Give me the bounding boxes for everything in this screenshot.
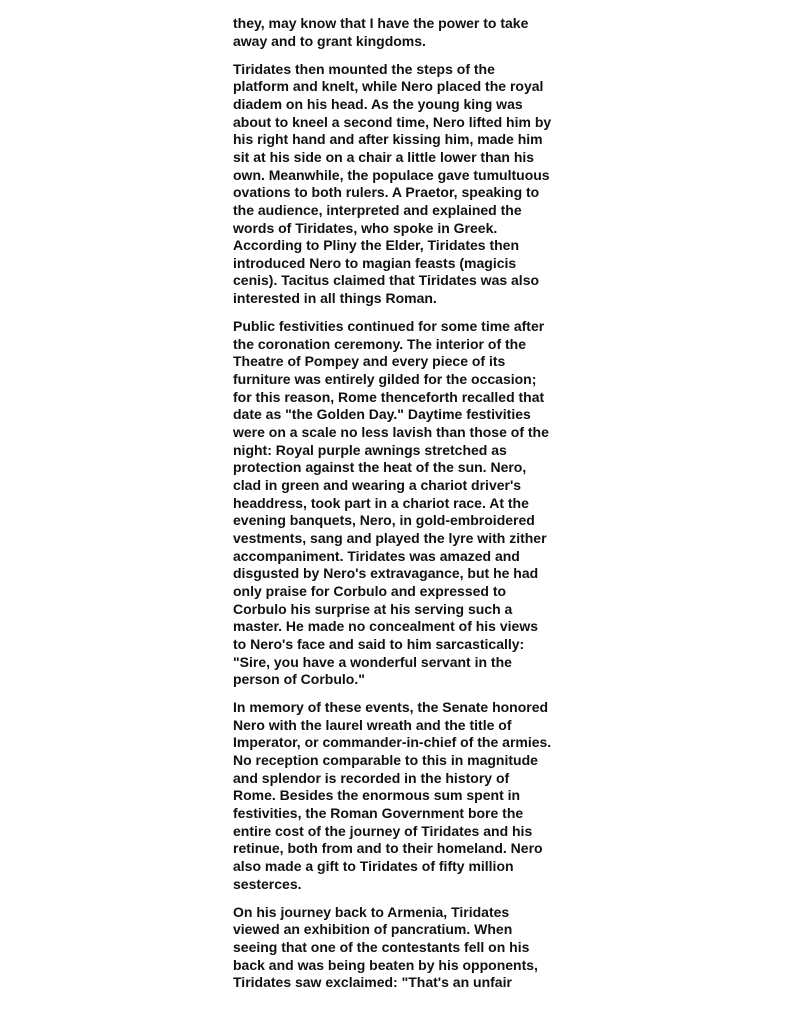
text-line: interested in all things Roman. [233, 290, 563, 308]
text-line: viewed an exhibition of pancratium. When [233, 921, 563, 939]
text-line: night: Royal purple awnings stretched as [233, 442, 563, 460]
text-line: and splendor is recorded in the history … [233, 770, 563, 788]
text-line: Imperator, or commander-in-chief of the … [233, 734, 563, 752]
text-line: retinue, both from and to their homeland… [233, 840, 563, 858]
text-line: According to Pliny the Elder, Tiridates … [233, 237, 563, 255]
text-line: his right hand and after kissing him, ma… [233, 131, 563, 149]
text-line: furniture was entirely gilded for the oc… [233, 371, 563, 389]
text-line: clad in green and wearing a chariot driv… [233, 477, 563, 495]
paragraph-5: On his journey back to Armenia, Tiridate… [233, 904, 563, 992]
text-line: away and to grant kingdoms. [233, 33, 563, 51]
text-line: "Sire, you have a wonderful servant in t… [233, 654, 563, 672]
document-body: they, may know that I have the power to … [233, 15, 563, 1002]
text-line: ovations to both rulers. A Praetor, spea… [233, 184, 563, 202]
text-line: diadem on his head. As the young king wa… [233, 96, 563, 114]
text-line: On his journey back to Armenia, Tiridate… [233, 904, 563, 922]
text-line: Theatre of Pompey and every piece of its [233, 353, 563, 371]
text-line: for this reason, Rome thenceforth recall… [233, 389, 563, 407]
text-line: master. He made no concealment of his vi… [233, 618, 563, 636]
text-line: protection against the heat of the sun. … [233, 459, 563, 477]
text-line: also made a gift to Tiridates of fifty m… [233, 858, 563, 876]
text-line: introduced Nero to magian feasts (magici… [233, 255, 563, 273]
text-line: Corbulo his surprise at his serving such… [233, 601, 563, 619]
text-line: No reception comparable to this in magni… [233, 752, 563, 770]
text-line: headdress, took part in a chariot race. … [233, 495, 563, 513]
text-line: about to kneel a second time, Nero lifte… [233, 114, 563, 132]
text-line: sesterces. [233, 876, 563, 894]
text-line: In memory of these events, the Senate ho… [233, 699, 563, 717]
text-line: Rome. Besides the enormous sum spent in [233, 787, 563, 805]
text-line: to Nero's face and said to him sarcastic… [233, 636, 563, 654]
paragraph-3: Public festivities continued for some ti… [233, 318, 563, 689]
text-line: person of Corbulo." [233, 671, 563, 689]
text-line: were on a scale no less lavish than thos… [233, 424, 563, 442]
text-line: Tiridates saw exclaimed: "That's an unfa… [233, 974, 563, 992]
paragraph-1: they, may know that I have the power to … [233, 15, 563, 50]
text-line: festivities, the Roman Government bore t… [233, 805, 563, 823]
text-line: seeing that one of the contestants fell … [233, 939, 563, 957]
text-line: they, may know that I have the power to … [233, 15, 563, 33]
text-line: disgusted by Nero's extravagance, but he… [233, 565, 563, 583]
text-line: date as "the Golden Day." Daytime festiv… [233, 406, 563, 424]
text-line: accompaniment. Tiridates was amazed and [233, 548, 563, 566]
text-line: the audience, interpreted and explained … [233, 202, 563, 220]
text-line: words of Tiridates, who spoke in Greek. [233, 220, 563, 238]
text-line: own. Meanwhile, the populace gave tumult… [233, 167, 563, 185]
text-line: Nero with the laurel wreath and the titl… [233, 717, 563, 735]
text-line: platform and knelt, while Nero placed th… [233, 78, 563, 96]
text-line: sit at his side on a chair a little lowe… [233, 149, 563, 167]
text-line: Tiridates then mounted the steps of the [233, 61, 563, 79]
paragraph-2: Tiridates then mounted the steps of the … [233, 61, 563, 308]
text-line: cenis). Tacitus claimed that Tiridates w… [233, 272, 563, 290]
text-line: only praise for Corbulo and expressed to [233, 583, 563, 601]
text-line: back and was being beaten by his opponen… [233, 957, 563, 975]
text-line: Public festivities continued for some ti… [233, 318, 563, 336]
text-line: the coronation ceremony. The interior of… [233, 336, 563, 354]
paragraph-4: In memory of these events, the Senate ho… [233, 699, 563, 893]
text-line: vestments, sang and played the lyre with… [233, 530, 563, 548]
text-line: evening banquets, Nero, in gold-embroide… [233, 512, 563, 530]
text-line: entire cost of the journey of Tiridates … [233, 823, 563, 841]
